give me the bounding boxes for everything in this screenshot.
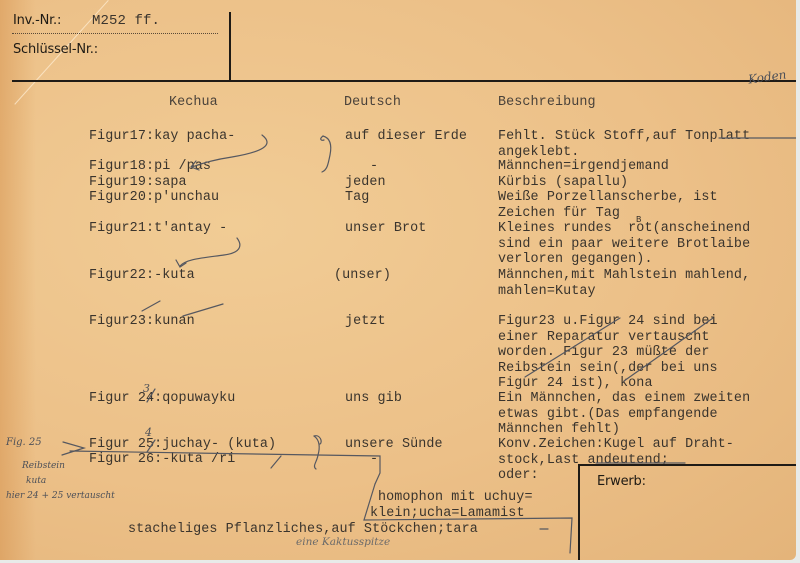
kechua-cell: Figur17:kay pacha- (89, 129, 235, 145)
deutsch-cell: - (370, 159, 378, 175)
deutsch-cell: - (370, 452, 378, 468)
beschreibung-line: Männchen=irgendjemand (498, 159, 669, 175)
inv-nr-label: Inv.-Nr.: (13, 13, 61, 28)
kechua-cell: Figur18:pi /pas (89, 159, 211, 175)
erwerb-divider-horizontal (578, 464, 796, 466)
handwritten-correction-4: 4 (145, 426, 152, 439)
beschreibung-line: einer Reparatur vertauscht (498, 330, 710, 346)
column-header-deutsch: Deutsch (344, 95, 401, 111)
catalog-card: Inv.-Nr.: M252 ff. Schlüssel-Nr.: Kechua… (0, 0, 796, 560)
margin-note-vertauscht: hier 24 + 25 vertauscht (6, 491, 115, 501)
schluessel-nr-label: Schlüssel-Nr.: (13, 42, 98, 57)
beschreibung-line: Männchen fehlt) (498, 422, 620, 438)
deutsch-cell: uns gib (345, 391, 402, 407)
margin-note-kuta: kuta (26, 476, 46, 486)
deutsch-cell: jetzt (345, 314, 386, 330)
beschreibung-line: Ein Männchen, das einem zweiten (498, 391, 750, 407)
beschreibung-line: Reibstein sein(,der bei uns (498, 361, 718, 377)
deutsch-cell: unsere Sünde (345, 437, 443, 453)
beschreibung-line: Weiße Porzellanscherbe, ist (498, 190, 718, 206)
beschreibung-line: etwas gibt.(Das empfangende (498, 407, 718, 423)
kechua-cell: Figur20:p'unchau (89, 190, 219, 206)
kechua-cell: Figur 25:juchay- (kuta) (89, 437, 276, 453)
beschreibung-line: Figur23 u.Figur 24 sind bei (498, 314, 718, 330)
handwritten-correction-3: 3 (143, 382, 150, 395)
beschreibung-line: Kleines rundes rot(anscheinend (498, 221, 750, 237)
handwritten-kaktusspitze: eine Kaktusspitze (296, 536, 390, 548)
column-header-beschreibung: Beschreibung (498, 95, 596, 111)
beschreibung-line: worden. Figur 23 müßte der (498, 345, 710, 361)
beschreibung-line: Männchen,mit Mahlstein mahlend, (498, 268, 750, 284)
superscript-b: B (636, 213, 642, 229)
beschreibung-line: Figur 24 ist), kona (498, 376, 653, 392)
beschreibung-line: mahlen=Kutay (498, 284, 596, 300)
kechua-cell: Figur19:sapa (89, 175, 187, 191)
header-divider-horizontal (12, 80, 796, 82)
kechua-cell: Figur22:-kuta (89, 268, 195, 284)
kechua-cell: Figur23:kunan (89, 314, 195, 330)
inv-nr-dotted-line (12, 33, 218, 34)
inv-nr-value: M252 ff. (92, 14, 160, 30)
continuation-line-1: homophon mit uchuy= (378, 490, 533, 506)
erwerb-divider-vertical (578, 465, 580, 560)
column-header-kechua: Kechua (169, 95, 218, 111)
margin-note-fig25: Fig. 25 (6, 437, 42, 448)
margin-note-reibstein: Reibstein (22, 461, 65, 471)
beschreibung-line: Konv.Zeichen:Kugel auf Draht- (498, 437, 734, 453)
kechua-cell: Figur 26:-kuta /ri (89, 452, 235, 468)
beschreibung-line: Fehlt. Stück Stoff,auf Tonplatt (498, 129, 750, 145)
erwerb-label: Erwerb: (597, 474, 646, 489)
beschreibung-line: Zeichen für Tag (498, 206, 620, 222)
deutsch-cell: auf dieser Erde (345, 129, 467, 145)
deutsch-cell: jeden (345, 175, 386, 191)
deutsch-cell: (unser) (334, 268, 391, 284)
deutsch-cell: unser Brot (345, 221, 426, 237)
beschreibung-line: angeklebt. (498, 145, 579, 161)
kechua-cell: Figur 24:qopuwayku (89, 391, 235, 407)
beschreibung-line: oder: (498, 468, 539, 484)
kechua-cell: Figur21:t'antay - (89, 221, 227, 237)
handwritten-koden: Koden (747, 67, 787, 86)
header-divider-vertical (229, 12, 231, 81)
beschreibung-line: Kürbis (sapallu) (498, 175, 628, 191)
beschreibung-line: sind ein paar weitere Brotlaibe (498, 237, 750, 253)
deutsch-cell: Tag (345, 190, 369, 206)
continuation-line-2: klein;ucha=Lamamist (370, 506, 525, 522)
beschreibung-line: verloren gegangen). (498, 252, 653, 268)
